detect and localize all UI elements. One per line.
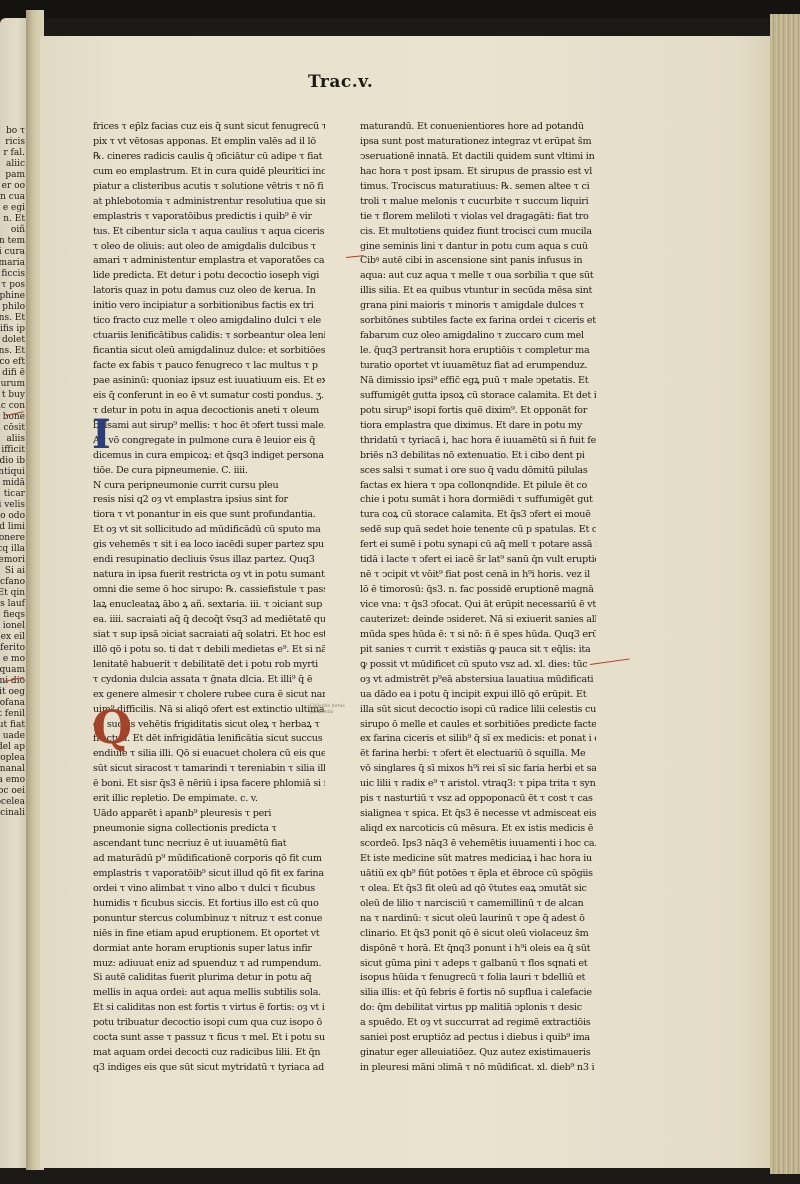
text-line: laꝝ enucleataꝝ ābo ꝝ añ. sextaria. iii. … [93,598,325,613]
fragment-line: ioboplea [0,753,25,764]
text-line: siat τ sup ipsā ↄiciat sacraiati aq̄ sol… [93,628,325,643]
fragment-line: t buy [0,390,25,401]
text-line: ua dādo ea i potu q̄ incipit expui illō … [360,688,596,703]
fragment-line: n tem [0,236,25,247]
background-shadow [0,0,800,18]
fragment-line: n cua [0,192,25,203]
text-line: pneumonie signa collectionis predicta τ [93,822,325,837]
text-line: Et iste medicine sūt matres mediciaꝝ i h… [360,852,596,867]
fragment-line: ifficit [0,445,25,456]
text-line: ponuntur stercus columbinuz τ nitruz τ e… [93,912,325,927]
fragment-line: antiqui [0,467,25,478]
fragment-line: spofana [0,698,25,709]
text-line: Et si caliditas non est fortis τ virtus … [93,1001,325,1016]
text-line: pae asininū: quoniaz ipsuz est iuuatiuum… [93,374,325,389]
text-line: scordeō. Ips3 nāq3 ē vehemētis iuuamenti… [360,837,596,852]
fragment-line: pam [0,170,25,181]
text-line: factas ex hiera τ ↄpa collonqndide. Et p… [360,479,596,494]
fragment-line: ho odo [0,511,25,522]
initial-letter-i: I [92,414,110,456]
text-line: hac hora τ post ipsam. Et sirupus de pra… [360,165,596,180]
text-line: ascendant tunc necriuz ē ut iuuamētū fia… [93,837,325,852]
fragment-line: lit fenil [0,709,25,720]
text-line: facte ex fabis τ pauco fenugreco τ lac m… [93,359,325,374]
text-line: frices τ ep̄lz facias cuz eis q̄ sunt si… [93,120,325,135]
text-line: uic lilii τ radix e⁹ τ aristol. vtraq3: … [360,777,596,792]
fragment-line: Et qin [0,588,25,599]
fragment-line: i velis [0,500,25,511]
text-line: initio vero incipiatur a sorbitionibus f… [93,299,325,314]
text-line: ordei τ vino alimbat τ vino albo τ dulci… [93,882,325,897]
text-line: τ olea. Et q̄s3 fit oleū ad qō v̄tutes e… [360,882,596,897]
fragment-line: r fal. [0,148,25,159]
fragment-line: ns. Et [0,346,25,357]
left-page-text-fragment: bo τricisr fal.aliicpamer oon cuae egin.… [0,126,28,819]
text-line: τ oleo de oliuis: aut oleo de amigdalis … [93,240,325,255]
text-line: mūda spes hūda ē: τ si nō: n̄ ē spes hūd… [360,628,596,643]
fragment-line: idel ap [0,742,25,753]
fragment-line: maria [0,258,25,269]
text-line: Cibꝰ autē cibi in ascensione sint panis … [360,254,596,269]
text-line: potu tribuatur decoctio isopi cum qua cu… [93,1016,325,1031]
fragment-line: difi ē [0,368,25,379]
text-line: gine seminis lini τ dantur in potu cum a… [360,240,596,255]
text-line: clinario. Et q̄s3 ponit qō ē sicut oleū … [360,927,596,942]
text-line: maturandū. Et conuenientiores hore ad po… [360,120,596,135]
fragment-line: e midā [0,478,25,489]
text-line: τ detur in potu in aqua decoctionis anet… [93,404,325,419]
text-line: chie i potu sumāt i hora dormiēdi τ suff… [360,493,596,508]
text-line: N cura peripneumonie currit cursu pleu [93,479,325,494]
text-line: ad maturādū p⁹ mūdificationē corporis qō… [93,852,325,867]
fragment-line: t dolet [0,335,25,346]
text-line: Et oȝ vt sit sollicitudo ad mūdificādū c… [93,523,325,538]
text-line: endi resupinatio decliuis v̄sus illaz pa… [93,553,325,568]
text-line: humidis τ ficubus siccis. Et fortius ill… [93,897,325,912]
text-line: pis τ nasturtiū τ vsz ad oppoponacū ēt τ… [360,792,596,807]
text-line: saniei post eruptiōz ad pectus i diebus … [360,1031,596,1046]
fragment-line: ocelea [0,797,25,808]
text-line: briēs n3 debilitas nō extenuatio. Et i c… [360,449,596,464]
fragment-line: aliic [0,159,25,170]
text-line: fabarum cuz oleo amigdalino τ zuccaro cu… [360,329,596,344]
fragment-line: m quam [0,665,25,676]
fragment-line: ifis ip [0,324,25,335]
fragment-line: phine [0,291,25,302]
fragment-line: co τ uade [0,731,25,742]
fragment-line: n. Et [0,214,25,225]
text-line: tiōe. De cura pipneumenie. C. iiii. [93,464,325,479]
text-line: Nā dimissio ipsi⁹ effic̄ egꝝ puū τ male … [360,374,596,389]
fragment-line: cfano [0,577,25,588]
text-line: nē τ ↄcipit vt vōit⁹ fiat post cenā in h… [360,568,596,583]
fragment-line: cq illa [0,544,25,555]
fragment-line: oco eft [0,357,25,368]
text-line: illō qō i potu so. ti dat τ debili medie… [93,643,325,658]
text-line: vō singlares q̄ sī mixos h⁹i rei sī sic … [360,762,596,777]
text-line: sūt sicut siracost τ tamarindi τ terenia… [93,762,325,777]
text-line: sedē sup quā sedet hoie tenente cū p spa… [360,523,596,538]
text-line: emplastris τ vaporatōibus predictis i qu… [93,210,325,225]
text-line: uātiū ex qb⁹ fiūt potōes τ ēpla et ēbroc… [360,867,596,882]
text-line: tiora emplastra que diximus. Et dare in … [360,419,596,434]
fragment-line: aliis [0,434,25,445]
fragment-line: Si ai [0,566,25,577]
fragment-line: hoc oei [0,786,25,797]
text-line: latoris quaz in potu damus cuz oleo de k… [93,284,325,299]
fragment-line: i cura [0,247,25,258]
text-line: ꝙ possit vt mūdificet cū sputo vsz ad. x… [360,658,596,673]
fragment-line: fieqs [0,610,25,621]
fragment-line: s lauf [0,599,25,610]
fragment-line: ed limi [0,522,25,533]
text-line: do: q̄m debilitat virtus pp malitiā ↄplo… [360,1001,596,1016]
text-line: tura coꝝ cū storace calamita. Et q̄s3 ↄf… [360,508,596,523]
text-line: piatur a clisteribus acutis τ solutione … [93,180,325,195]
text-line: resis nisi q2 oȝ vt emplastra ipsius sin… [93,493,325,508]
text-line: ginatur eger alleuiatiōez. Quz autez exi… [360,1046,596,1061]
text-line: Si autē caliditas fuerit plurima detur i… [93,971,325,986]
fragment-line: ferito [0,643,25,654]
fragment-line: fit oeg [0,687,25,698]
fragment-line: fimanal [0,764,25,775]
text-line: tiora τ vt ponantur in eis que sunt prof… [93,508,325,523]
text-line: cauterizet: deinde ↄsideret. Nā si exiue… [360,613,596,628]
text-line: dispōnē τ horā. Et q̄nq3 ponunt i h⁹i ol… [360,942,596,957]
fragment-line: urum [0,379,25,390]
text-line: at phlebotomia τ administrentur resoluti… [93,195,325,210]
text-line: oleū de lilio τ narcisciū τ camemillinū … [360,897,596,912]
text-line: grana pini maioris τ minoris τ amigdale … [360,299,596,314]
text-line: ficantia sicut oleū amigdalinuz dulce: e… [93,344,325,359]
fragment-line: e egi [0,203,25,214]
fragment-line: ionel [0,621,25,632]
fragment-line: ficcis [0,269,25,280]
text-line: ēt farina herbi: τ ↄfert ēt electuariū ō… [360,747,596,762]
text-line: mellis in aqua ordei: aut aqua mellis su… [93,986,325,1001]
text-line: cis. Et multotiens quidez fiunt trocisci… [360,225,596,240]
fragment-line: τ pos [0,280,25,291]
fragment-line: nemori [0,555,25,566]
text-line: thridatū τ tyriacā i, hac hora ē iuuamēt… [360,434,596,449]
fragment-line: dio ib [0,456,25,467]
text-line: dicemus in cura empicoꝝ: et q̄sq3 indige… [93,449,325,464]
fragment-line: bo τ [0,126,25,137]
fragment-line: er oo [0,181,25,192]
text-line: pix τ vt vētosas apponas. Et emplin valē… [93,135,325,150]
text-line: τ cydonia dulcia assata τ ḡnata dlcia. E… [93,673,325,688]
text-line: pit sanies τ currit τ existiās ꝙ pauca s… [360,643,596,658]
text-line: suffumigēt gutta ipsoꝝ cū storace calami… [360,389,596,404]
text-line: vice vna: τ q̄s3 ↄfocat. Qui āt erūpit n… [360,598,596,613]
text-line: na τ nardinū: τ sicut oleū laurinū τ ↄpe… [360,912,596,927]
text-line: ℞. cineres radicis caulis q̄ ↄficiātur c… [93,150,325,165]
text-line: ipsa sunt post maturationez integraz vt … [360,135,596,150]
text-line: sces salsi τ sumat i ore suo q̄ vadu dōm… [360,464,596,479]
text-line: omni die seme ō hoc sirupo: ℞. cassiefis… [93,583,325,598]
text-line: isopus hūida τ fenugrecū τ folia lauri τ… [360,971,596,986]
fragment-line: ricis [0,137,25,148]
page-edges [770,14,800,1174]
text-line: illa sūt sicut decoctio isopi cū radice … [360,703,596,718]
text-line: tico fracto cuz melle τ oleo amigdalino … [93,314,325,329]
text-line: tus. Et cibentur sicla τ aqua caulius τ … [93,225,325,240]
text-line: natura in ipsa fuerit restricta oȝ vt in… [93,568,325,583]
text-line: muz: adiuuat eniz ad spuenduz τ ad rumpe… [93,957,325,972]
fragment-line: ponere [0,533,25,544]
text-line: in pleuresi māni ↄlimā τ nō mūdificat. x… [360,1061,596,1076]
text-line: dormiat ante horam eruptionis super latu… [93,942,325,957]
text-line: aqua: aut cuz aqua τ melle τ oua sorbili… [360,269,596,284]
text-line: lide predicta. Et detur i potu decoctio … [93,269,325,284]
text-line: cum eo emplastrum. Et in cura quidē pleu… [93,165,325,180]
initial-letter-q: Q [92,705,132,749]
text-line: sialignea τ spica. Et q̄s3 ē necesse vt … [360,807,596,822]
text-line: lō ē timorosū: q̄s3. n. fac possidē erup… [360,583,596,598]
right-text-column: maturandū. Et conuenientiores hore ad po… [360,120,596,1076]
fragment-line: n cōsit [0,423,25,434]
text-line: niēs in fine etiam apud eruptionem. Et o… [93,927,325,942]
text-line: a spuēdo. Et oȝ vt succurrat ad regimē e… [360,1016,596,1031]
text-line: mat aquam ordei decocti cuz radicibus li… [93,1046,325,1061]
text-line: tidā i lacte τ ↄfert ei iacē s̄r lat⁹ sa… [360,553,596,568]
fragment-line: ticar [0,489,25,500]
text-line: balsami aut sirup⁹ mellis: τ hoc ēt ↄfer… [93,419,325,434]
text-line: sorbitōnes subtiles facte ex farina orde… [360,314,596,329]
fragment-line: ic con [0,401,25,412]
fragment-line: oiñ [0,225,25,236]
text-line: turatio oportet vt iuuamētuz fiat ad eru… [360,359,596,374]
fragment-line: ita emo [0,775,25,786]
fragment-line: ex eil [0,632,25,643]
text-line: Aq̄ vō congregate in pulmone cura ē leui… [93,434,325,449]
text-line: ex farina ciceris et silib⁹ q̄ sī ex med… [360,732,596,747]
text-line: erit illic repletio. De empimate. c. v. [93,792,325,807]
text-line: tie τ florem meliloti τ violas vel draga… [360,210,596,225]
text-line: sirupo ō melle et caules et sorbitiōes p… [360,718,596,733]
fragment-line: ut fiat [0,720,25,731]
running-head: Trac.v. [308,72,373,92]
text-line: ctuariis lenificātibus calidis: τ sorbea… [93,329,325,344]
fragment-line: i philo [0,302,25,313]
text-line: oȝ vt admistrēt p⁹eā abstersiua lauatiua… [360,673,596,688]
text-line: illis silia. Et ea quibus vtuntur in sec… [360,284,596,299]
text-line: cocta sunt asse τ passuz τ ficus τ mel. … [93,1031,325,1046]
text-line: lenitatē habuerit τ debilitatē det i pot… [93,658,325,673]
text-line: emplastris τ vaporatōib⁹ sicut illud qō … [93,867,325,882]
text-line: fert ei sumē i potu synapi cū aq̄ mell τ… [360,538,596,553]
text-line: eis q̄ conferunt in eo ē vt sumatur cost… [93,389,325,404]
fragment-line: de e mo [0,654,25,665]
text-line: gis vehemēs τ sit i ea loco iacēdi super… [93,538,325,553]
text-line: timus. Trociscus maturatiuus: ℞. semen a… [360,180,596,195]
text-line: le. q̄uq3 pertransit hora eruptiōis τ co… [360,344,596,359]
left-text-column: frices τ ep̄lz facias cuz eis q̄ sunt si… [93,120,325,1076]
text-line: troli τ malue melonis τ cucurbite τ succ… [360,195,596,210]
text-line: ↄseruationē innatā. Et dactili quidem su… [360,150,596,165]
fragment-line: cinali [0,808,25,819]
text-line: aliqd ex narcoticis cū mēsura. Et ex ist… [360,822,596,837]
text-line: Uādo apparēt i apanb⁹ pleuresis τ peri [93,807,325,822]
text-line: q3 indiges eis que sūt sicut mytridatū τ… [93,1061,325,1076]
text-line: ea. iiii. sacraiati aq̄ q̄ decoq̄t v̄sq3… [93,613,325,628]
text-line: amari τ administentur emplastra et vapor… [93,254,325,269]
text-line: silia illis: et q̄ū febris ē fortis nō s… [360,986,596,1001]
text-line: ē boni. Et sisr q̄s3 ē nēriū i ipsa face… [93,777,325,792]
fragment-line: ns. Et [0,313,25,324]
handwritten-marginalia: Collectio fornis purulentis [310,704,348,716]
text-line: sicut gūma pini τ adeps τ galbanū τ flos… [360,957,596,972]
left-page-edge: bo τricisr fal.aliicpamer oon cuae egin.… [0,18,28,1168]
text-line: potu sirup⁹ isopi fortis quē dixim⁹. Et … [360,404,596,419]
